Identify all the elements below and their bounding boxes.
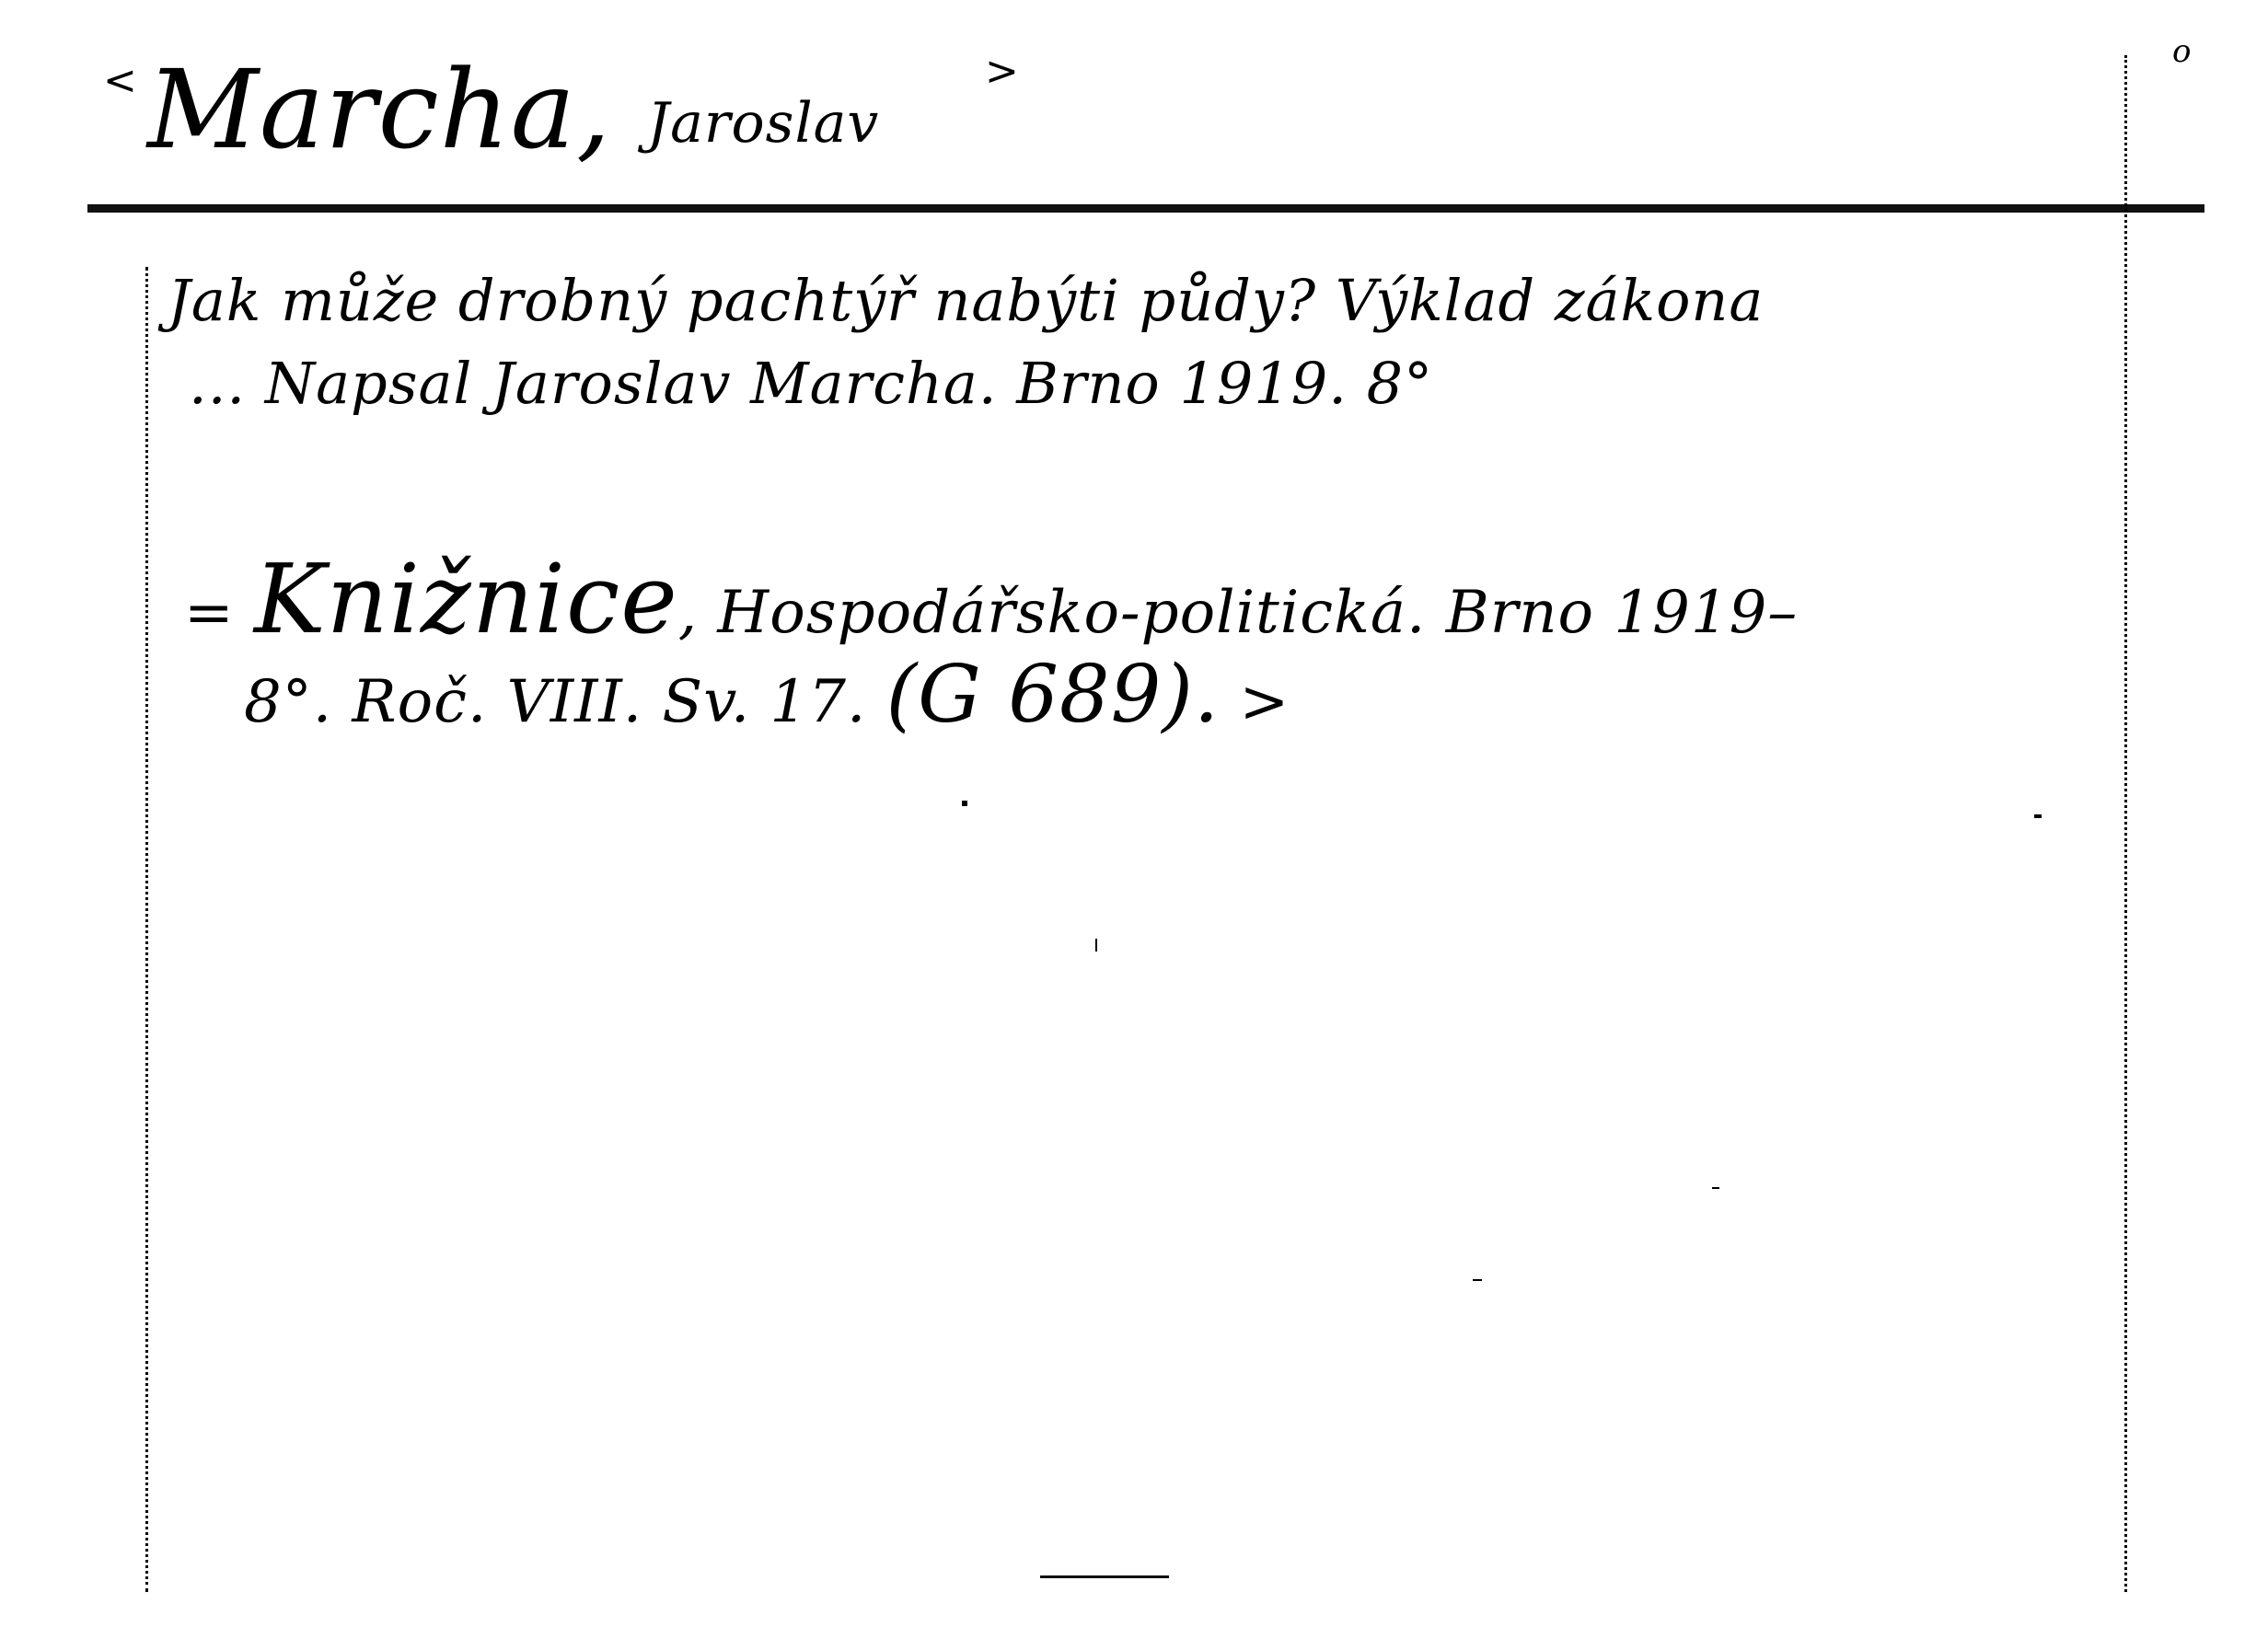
scan-speck [1095,939,1097,952]
entry-2-line-1: = Knižnice, Hospodářsko-politická. Brno … [184,543,1798,655]
close-bracket-mark: > [985,48,1019,95]
scan-speck [1473,1279,1482,1281]
entry-1-line-1: Jak může drobný pachtýř nabýti půdy? Výk… [168,267,1764,334]
heading-surname: Marcha, [147,46,612,173]
heading-given-name: Jaroslav [647,91,879,156]
scan-speck [2034,814,2042,818]
scan-speck [1712,1187,1719,1189]
close-bracket-mark-2: > [1240,668,1290,736]
shelfmark: (G 689). [886,649,1221,741]
card-heading: Marcha, Jaroslav [147,46,879,173]
scan-speck [962,801,967,806]
open-bracket-mark: < [103,57,137,104]
cross-reference-equals: = [184,579,235,647]
volume-info: 8°. Roč. VIII. Sv. 17. [244,668,866,736]
corner-mark: o [2172,33,2191,70]
heading-divider [87,204,2204,213]
bottom-scan-mark [1040,1575,1169,1578]
right-margin-dotted-line [2124,55,2127,1592]
series-title: Knižnice [254,543,678,655]
entry-2-line-2: 8°. Roč. VIII. Sv. 17. (G 689). > [244,649,1290,741]
series-subtitle: , Hospodářsko-politická. Brno 1919– [678,579,1799,647]
entry-1-line-2: ... Napsal Jaroslav Marcha. Brno 1919. 8… [189,350,1433,417]
left-margin-dotted-line [145,267,148,1592]
